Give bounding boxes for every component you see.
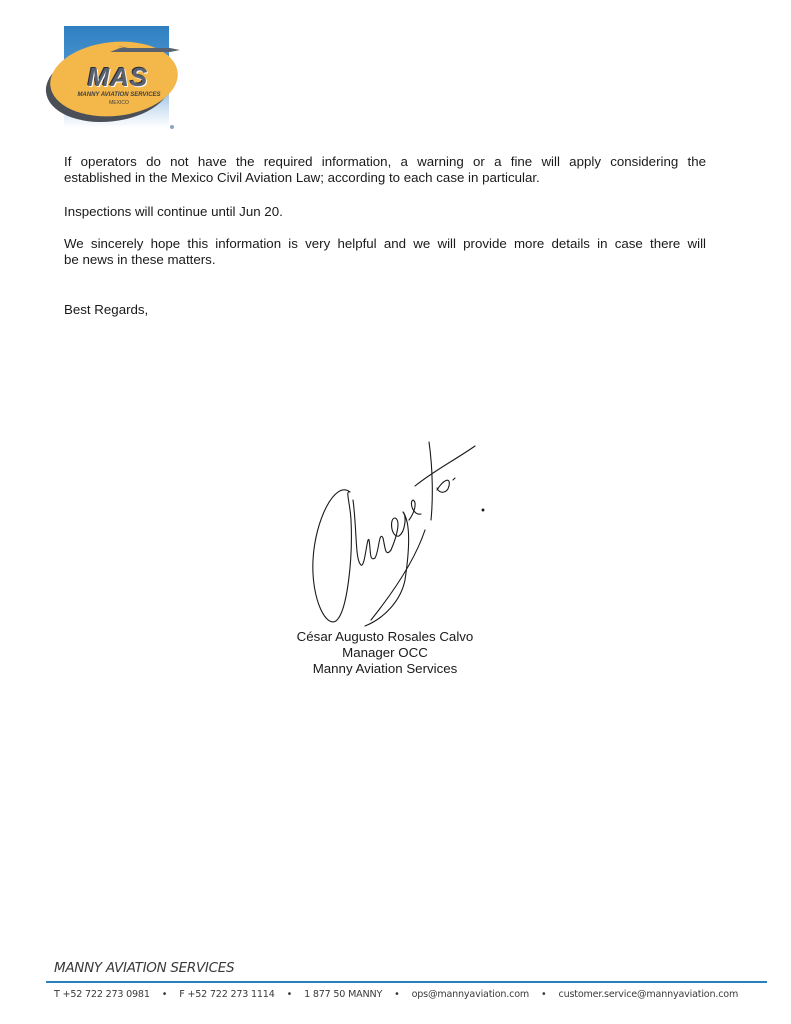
paragraph-line: We sincerely hope this information is ve… — [64, 236, 706, 252]
signatory-company: Manny Aviation Services — [240, 661, 530, 677]
paragraph-closing-remarks: We sincerely hope this information is ve… — [64, 236, 706, 268]
logo-company-name: MANNY AVIATION SERVICES — [64, 92, 174, 98]
signature-block: César Augusto Rosales Calvo Manager OCC … — [240, 629, 530, 677]
footer-phone: T +52 722 273 0981 — [54, 989, 150, 1000]
footer-ops-email[interactable]: ops@mannyaviation.com — [412, 989, 529, 1000]
bullet-separator: • — [287, 989, 292, 1000]
logo-country: MEXICO — [64, 100, 174, 106]
airplane-icon — [110, 46, 180, 54]
handwritten-signature — [305, 440, 495, 630]
bullet-separator: • — [162, 989, 167, 1000]
paragraph-inspections: Inspections will continue until Jun 20. — [64, 204, 706, 220]
footer-fax: F +52 722 273 1114 — [179, 989, 274, 1000]
registered-mark-icon — [170, 125, 174, 129]
company-logo: MAS MANNY AVIATION SERVICES MEXICO — [46, 26, 181, 136]
paragraph-line: established in the Mexico Civil Aviation… — [64, 170, 706, 186]
footer-tollfree: 1 877 50 MANNY — [304, 989, 382, 1000]
paragraph-penalties: If operators do not have the required in… — [64, 154, 706, 186]
signatory-title: Manager OCC — [240, 645, 530, 661]
footer-customer-service-email[interactable]: customer.service@mannyaviation.com — [559, 989, 739, 1000]
logo-acronym: MAS — [68, 62, 168, 93]
footer-divider — [46, 981, 767, 983]
footer-company-name: MANNY AVIATION SERVICES — [54, 960, 234, 976]
bullet-separator: • — [541, 989, 546, 1000]
closing-salutation: Best Regards, — [64, 302, 706, 318]
paragraph-line: If operators do not have the required in… — [64, 154, 706, 170]
paragraph-line: be news in these matters. — [64, 252, 706, 268]
bullet-separator: • — [394, 989, 399, 1000]
signatory-name: César Augusto Rosales Calvo — [240, 629, 530, 645]
footer-contacts: T +52 722 273 0981•F +52 722 273 1114•1 … — [54, 989, 738, 1000]
